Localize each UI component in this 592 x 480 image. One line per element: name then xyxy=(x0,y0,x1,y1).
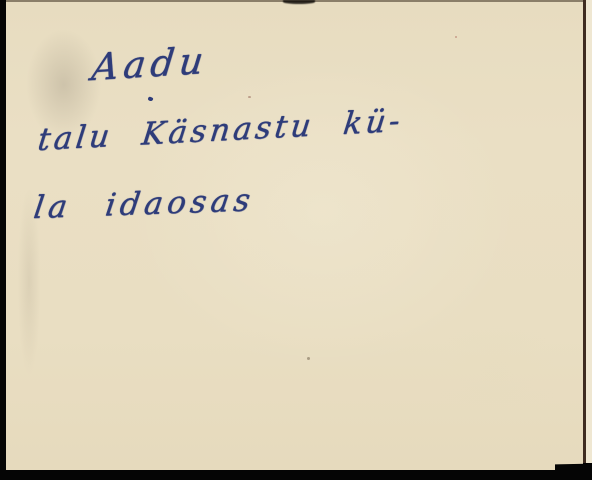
top-edge-smudge xyxy=(283,0,315,4)
paper-blemish xyxy=(455,36,457,38)
scanned-card: Aadu talu Käsnastu kü- la idaosas xyxy=(0,0,592,480)
right-paper-sliver xyxy=(586,0,592,463)
left-scan-border xyxy=(0,0,6,480)
handwritten-line-1: Aadu xyxy=(90,39,211,89)
paper-blemish xyxy=(248,96,251,98)
paper-blemish xyxy=(307,357,310,360)
bottom-scan-border xyxy=(0,470,592,480)
